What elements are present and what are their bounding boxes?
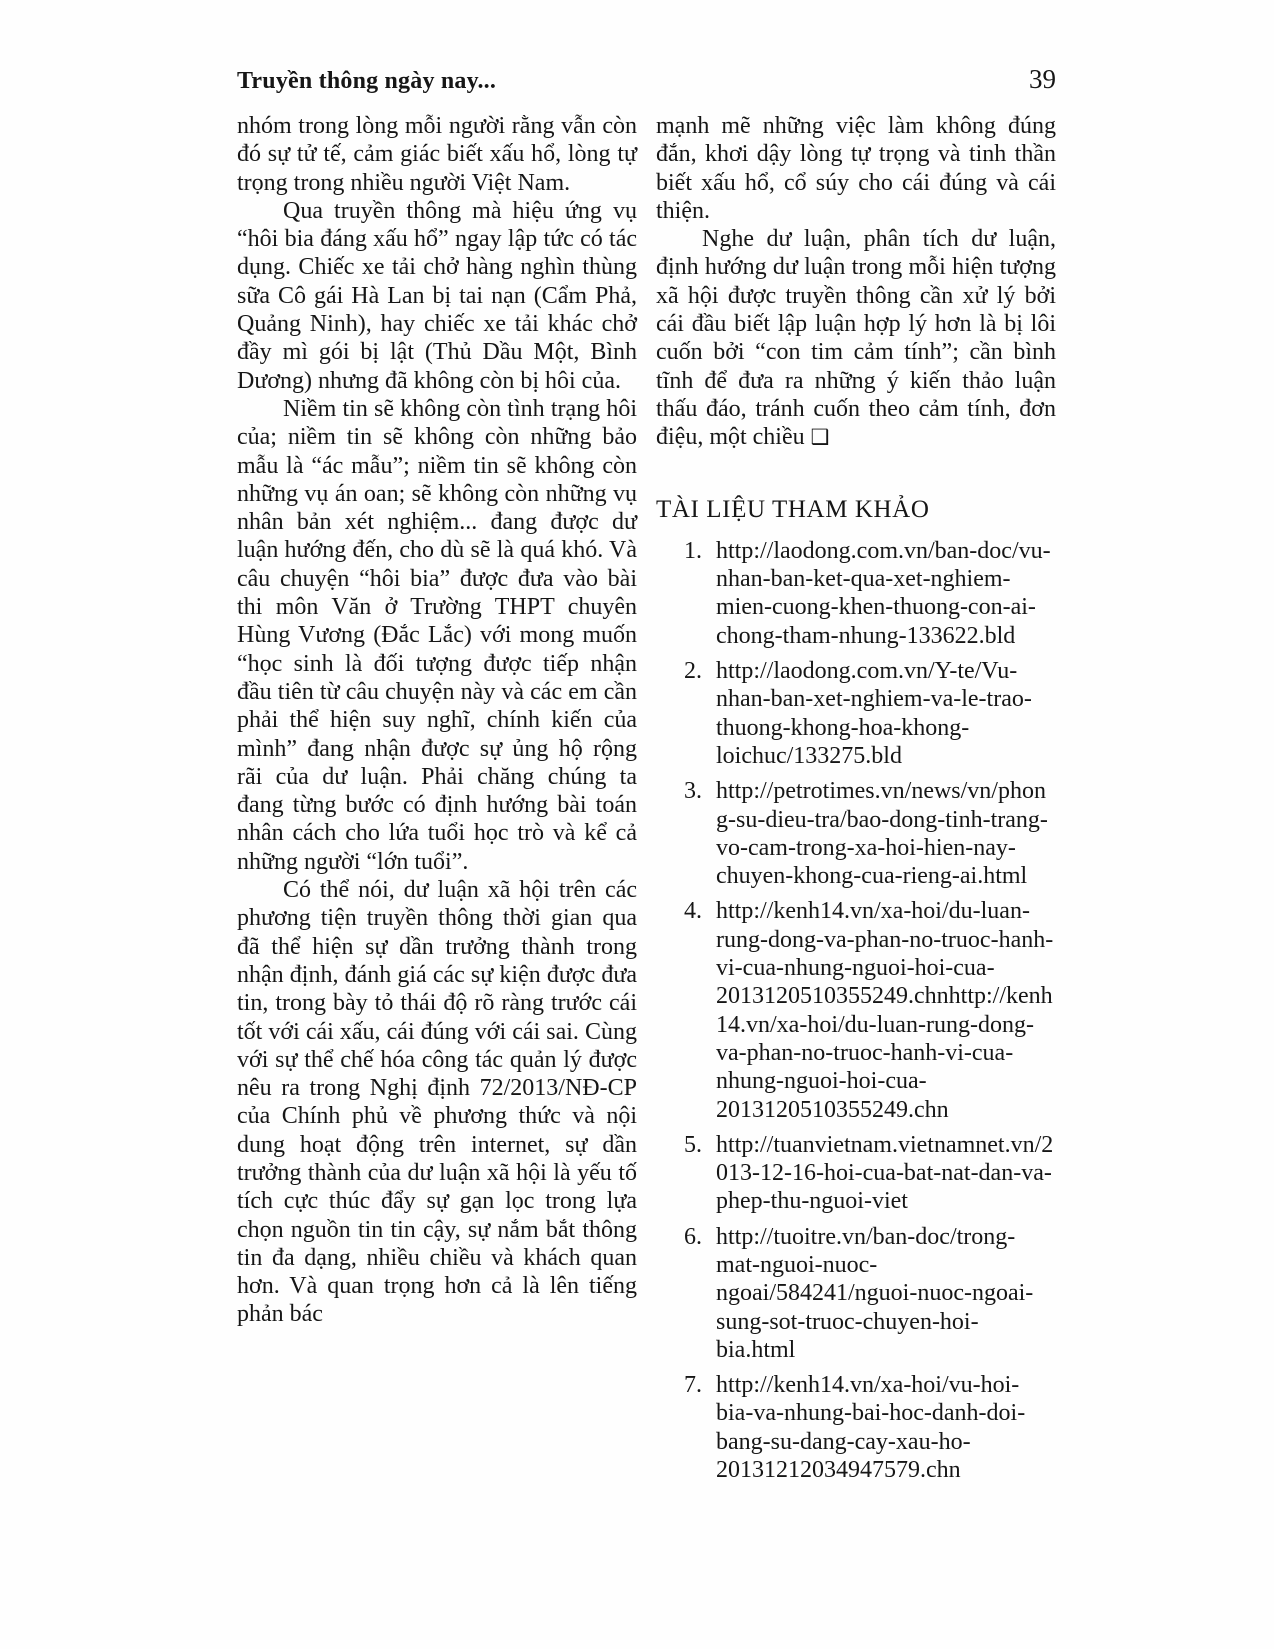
reference-url: http://laodong.com.vn/ban-doc/vu-nhan-ba…	[716, 538, 1051, 649]
reference-url: http://kenh14.vn/xa-hoi/vu-hoi-bia-va-nh…	[716, 1372, 1025, 1483]
reference-item: 1. http://laodong.com.vn/ban-doc/vu-nhan…	[656, 537, 1056, 650]
left-column: nhóm trong lòng mỗi người rằng vẫn còn đ…	[237, 112, 637, 1484]
article-paragraph: nhóm trong lòng mỗi người rằng vẫn còn đ…	[237, 112, 637, 197]
reference-number: 5.	[684, 1131, 702, 1159]
reference-item: 7. http://kenh14.vn/xa-hoi/vu-hoi-bia-va…	[656, 1371, 1056, 1484]
reference-number: 7.	[684, 1371, 702, 1399]
article-paragraph: Qua truyền thông mà hiệu ứng vụ “hôi bia…	[237, 197, 637, 395]
reference-url: http://kenh14.vn/xa-hoi/du-luan-rung-don…	[716, 898, 1053, 1122]
reference-number: 3.	[684, 777, 702, 805]
reference-item: 3. http://petrotimes.vn/news/vn/phong-su…	[656, 777, 1056, 890]
article-paragraph: mạnh mẽ những việc làm không đúng đắn, k…	[656, 112, 1056, 225]
running-title: Truyền thông ngày nay...	[237, 68, 496, 95]
reference-url: http://petrotimes.vn/news/vn/phong-su-di…	[716, 778, 1048, 889]
references-list: 1. http://laodong.com.vn/ban-doc/vu-nhan…	[656, 537, 1056, 1485]
article-paragraph: Niềm tin sẽ không còn tình trạng hôi của…	[237, 395, 637, 876]
reference-item: 2. http://laodong.com.vn/Y-te/Vu-nhan-ba…	[656, 657, 1056, 770]
page-header: Truyền thông ngày nay... 39	[237, 64, 1056, 95]
reference-item: 4. http://kenh14.vn/xa-hoi/du-luan-rung-…	[656, 897, 1056, 1123]
article-paragraph: Nghe dư luận, phân tích dư luận, định hư…	[656, 225, 1056, 451]
reference-item: 5. http://tuanvietnam.vietnamnet.vn/2013…	[656, 1131, 1056, 1216]
references-heading: TÀI LIỆU THAM KHẢO	[656, 496, 1056, 524]
reference-number: 2.	[684, 657, 702, 685]
reference-item: 6. http://tuoitre.vn/ban-doc/trong-mat-n…	[656, 1223, 1056, 1364]
reference-url: http://laodong.com.vn/Y-te/Vu-nhan-ban-x…	[716, 658, 1032, 769]
reference-number: 1.	[684, 537, 702, 565]
end-of-article-square-icon: ❑	[811, 425, 830, 449]
paragraph-text: Nghe dư luận, phân tích dư luận, định hư…	[656, 226, 1056, 450]
reference-url: http://tuoitre.vn/ban-doc/trong-mat-nguo…	[716, 1224, 1033, 1363]
reference-url: http://tuanvietnam.vietnamnet.vn/2013-12…	[716, 1132, 1053, 1215]
right-column: mạnh mẽ những việc làm không đúng đắn, k…	[656, 112, 1056, 1484]
reference-number: 4.	[684, 897, 702, 925]
article-paragraph: Có thể nói, dư luận xã hội trên các phươ…	[237, 876, 637, 1329]
scanned-page: Truyền thông ngày nay... 39 nhóm trong l…	[0, 0, 1274, 1649]
reference-number: 6.	[684, 1223, 702, 1251]
page-number: 39	[1029, 64, 1056, 95]
two-column-body: nhóm trong lòng mỗi người rằng vẫn còn đ…	[237, 112, 1056, 1484]
